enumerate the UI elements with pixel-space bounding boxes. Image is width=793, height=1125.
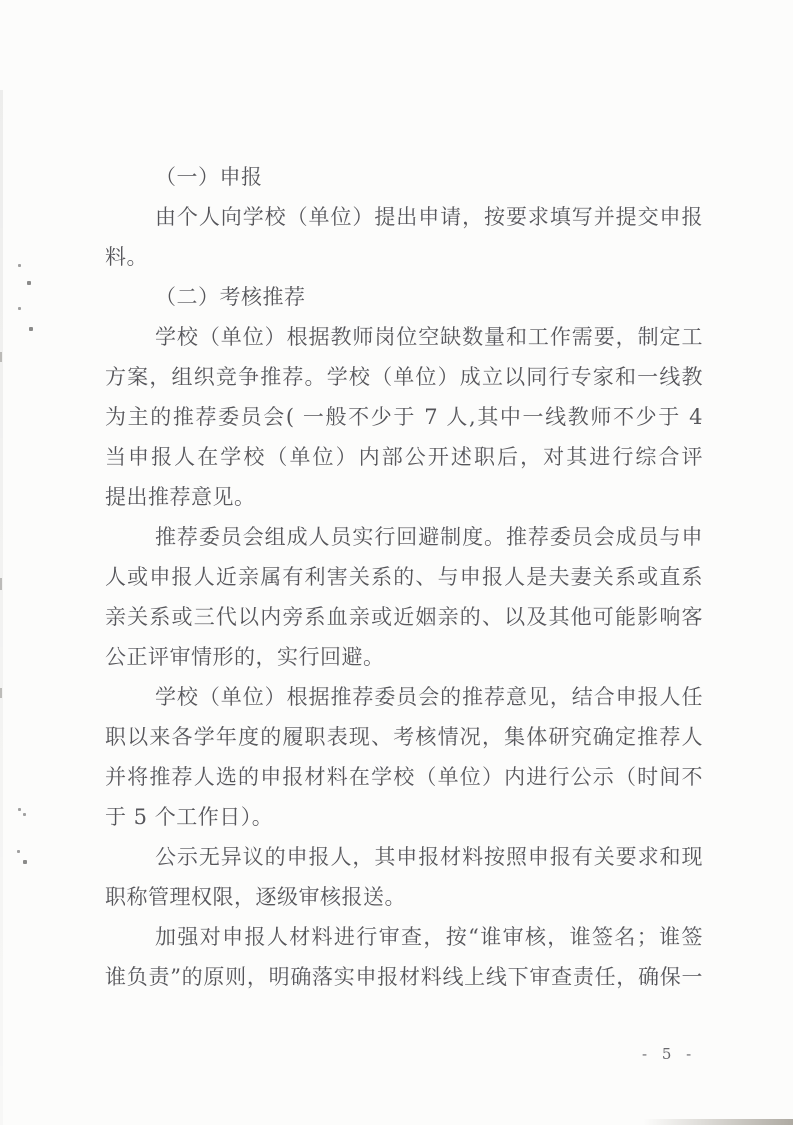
text-line: （二）考核推荐: [105, 277, 703, 317]
text-line: 职称管理权限，逐级审核报送。: [105, 877, 703, 917]
scan-edge-blip: [0, 578, 2, 590]
page-number: - 5 -: [642, 1045, 696, 1063]
text-line: 人或申报人近亲属有利害关系的、与申报人是夫妻关系或直系血: [105, 557, 703, 597]
text-line: 当申报人在学校（单位）内部公开述职后，对其进行综合评价，: [105, 437, 703, 477]
scan-edge-blip: [0, 688, 2, 698]
scan-edge-left: [0, 90, 3, 1125]
text-line: 职以来各学年度的履职表现、考核情况，集体研究确定推荐人选，: [105, 717, 703, 757]
scan-speckle: [18, 264, 21, 267]
document-body: （一）申报由个人向学校（单位）提出申请，按要求填写并提交申报材料。（二）考核推荐…: [105, 157, 703, 997]
text-line: 于 5 个工作日）。: [105, 797, 703, 837]
scan-edge-blip: [0, 352, 2, 362]
text-line: 方案，组织竞争推荐。学校（单位）成立以同行专家和一线教师: [105, 357, 703, 397]
scan-speckle: [17, 850, 20, 853]
text-line: 由个人向学校（单位）提出申请，按要求填写并提交申报材: [105, 197, 703, 237]
text-line: 亲关系或三代以内旁系血亲或近姻亲的、以及其他可能影响客观: [105, 597, 703, 637]
text-line: 提出推荐意见。: [105, 477, 703, 517]
document-page: （一）申报由个人向学校（单位）提出申请，按要求填写并提交申报材料。（二）考核推荐…: [0, 0, 793, 1125]
text-line: 推荐委员会组成人员实行回避制度。推荐委员会成员与申报: [105, 517, 703, 557]
text-line: 公正评审情形的，实行回避。: [105, 637, 703, 677]
text-line: 料。: [105, 237, 703, 277]
scan-speckle: [23, 860, 27, 864]
text-line: 加强对申报人材料进行审查，按“谁审核，谁签名；谁签名，: [105, 917, 703, 957]
scan-speckle: [23, 813, 26, 816]
text-line: 公示无异议的申报人，其申报材料按照申报有关要求和现行: [105, 837, 703, 877]
scan-speckle: [18, 808, 21, 811]
text-line: 学校（单位）根据教师岗位空缺数量和工作需要，制定工作: [105, 317, 703, 357]
scan-speckle: [29, 327, 33, 331]
text-line: 谁负责”的原则，明确落实申报材料线上线下审查责任，确保一: [105, 957, 703, 997]
text-line: 学校（单位）根据推荐委员会的推荐意见，结合申报人任现: [105, 677, 703, 717]
text-line: 为主的推荐委员会( 一般不少于 7 人,其中一线教师不少于 4 人)，: [105, 397, 703, 437]
scan-shadow-bottom-right: [643, 1119, 793, 1125]
text-line: （一）申报: [105, 157, 703, 197]
scan-speckle: [27, 281, 31, 285]
scan-speckle: [18, 307, 21, 310]
text-line: 并将推荐人选的申报材料在学校（单位）内进行公示（时间不少: [105, 757, 703, 797]
